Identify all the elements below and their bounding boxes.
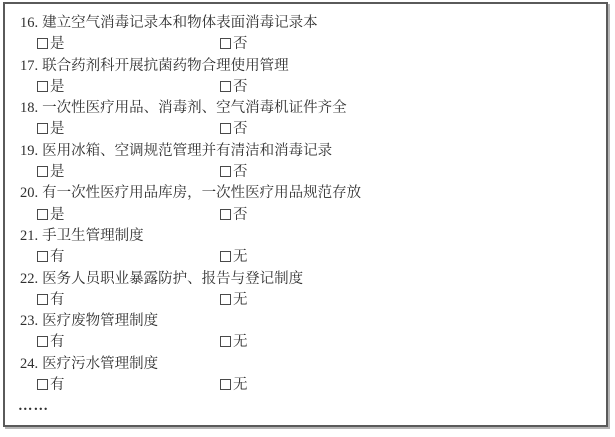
option-label: 有 [50,377,65,393]
item-title: 有一次性医疗用品库房，一次性医疗用品规范存放 [42,185,361,201]
checkbox-icon[interactable] [37,251,48,262]
item-number: 24. [20,354,38,375]
checkbox-icon[interactable] [37,81,48,92]
option-label: 有 [50,334,65,350]
checklist-item: 22.医务人员职业暴露防护、报告与登记制度 有无 [20,269,600,312]
option-label: 否 [233,164,248,180]
item-number: 19. [20,141,38,162]
checkbox-option-2[interactable]: 无 [220,247,248,268]
option-label: 无 [233,334,248,350]
item-title: 医疗废物管理制度 [42,313,158,329]
item-title: 医用冰箱、空调规范管理并有清洁和消毒记录 [42,143,332,159]
option-label: 是 [50,121,65,137]
checkbox-option-2[interactable]: 无 [220,332,248,353]
checklist-item: 18.一次性医疗用品、消毒剂、空气消毒机证件齐全 是否 [20,98,600,141]
option-label: 是 [50,79,65,95]
item-title-row: 20.有一次性医疗用品库房，一次性医疗用品规范存放 [20,183,600,204]
checkbox-option-1[interactable]: 有 [37,290,220,311]
item-options-row: 有无 [20,290,600,311]
option-label: 否 [233,207,248,223]
checkbox-icon[interactable] [37,294,48,305]
item-number: 22. [20,269,38,290]
checkbox-option-1[interactable]: 有 [37,247,220,268]
item-options-row: 有无 [20,332,600,353]
checkbox-option-1[interactable]: 是 [37,77,220,98]
checklist-item: 16.建立空气消毒记录本和物体表面消毒记录本 是否 [20,13,600,56]
item-number: 18. [20,98,38,119]
checkbox-icon[interactable] [37,38,48,49]
checklist-item: 20.有一次性医疗用品库房，一次性医疗用品规范存放 是否 [20,183,600,226]
option-label: 否 [233,79,248,95]
item-options-row: 是否 [20,119,600,140]
checklist-sheet: 16.建立空气消毒记录本和物体表面消毒记录本 是否 17.联合药剂科开展抗菌药物… [3,2,608,427]
checkbox-icon[interactable] [220,294,231,305]
checkbox-icon[interactable] [37,209,48,220]
item-options-row: 是否 [20,162,600,183]
checkbox-option-2[interactable]: 否 [220,77,248,98]
checkbox-icon[interactable] [220,81,231,92]
option-label: 无 [233,249,248,265]
item-title: 联合药剂科开展抗菌药物合理使用管理 [42,58,289,74]
item-title: 手卫生管理制度 [42,228,144,244]
checkbox-option-1[interactable]: 有 [37,375,220,396]
checkbox-option-1[interactable]: 有 [37,332,220,353]
item-number: 21. [20,226,38,247]
checkbox-option-1[interactable]: 是 [37,162,220,183]
item-options-row: 有无 [20,375,600,396]
checkbox-icon[interactable] [220,209,231,220]
option-label: 是 [50,36,65,52]
checklist-item: 19.医用冰箱、空调规范管理并有清洁和消毒记录 是否 [20,141,600,184]
item-options-row: 是否 [20,34,600,55]
item-number: 20. [20,183,38,204]
item-options-row: 是否 [20,205,600,226]
item-title-row: 17.联合药剂科开展抗菌药物合理使用管理 [20,56,600,77]
ellipsis-text: …… [18,396,600,417]
item-title: 建立空气消毒记录本和物体表面消毒记录本 [42,15,318,31]
checkbox-option-2[interactable]: 否 [220,119,248,140]
checkbox-option-2[interactable]: 无 [220,290,248,311]
checkbox-option-1[interactable]: 是 [37,119,220,140]
item-number: 23. [20,311,38,332]
checkbox-icon[interactable] [220,38,231,49]
checkbox-icon[interactable] [37,166,48,177]
checkbox-icon[interactable] [37,336,48,347]
item-title-row: 23.医疗废物管理制度 [20,311,600,332]
checklist-item: 17.联合药剂科开展抗菌药物合理使用管理 是否 [20,56,600,99]
checkbox-option-1[interactable]: 是 [37,34,220,55]
item-title-row: 19.医用冰箱、空调规范管理并有清洁和消毒记录 [20,141,600,162]
checkbox-option-2[interactable]: 否 [220,34,248,55]
item-number: 17. [20,56,38,77]
checkbox-icon[interactable] [220,251,231,262]
checklist-item: 23.医疗废物管理制度 有无 [20,311,600,354]
option-label: 否 [233,36,248,52]
item-options-row: 是否 [20,77,600,98]
option-label: 是 [50,164,65,180]
checklist-item: 21.手卫生管理制度 有无 [20,226,600,269]
item-title-row: 22.医务人员职业暴露防护、报告与登记制度 [20,269,600,290]
checkbox-option-1[interactable]: 是 [37,205,220,226]
item-title-row: 18.一次性医疗用品、消毒剂、空气消毒机证件齐全 [20,98,600,119]
item-title-row: 21.手卫生管理制度 [20,226,600,247]
option-label: 无 [233,292,248,308]
item-options-row: 有无 [20,247,600,268]
checkbox-icon[interactable] [220,123,231,134]
item-number: 16. [20,13,38,34]
item-title: 一次性医疗用品、消毒剂、空气消毒机证件齐全 [42,100,347,116]
checkbox-icon[interactable] [37,379,48,390]
checklist-item: 24.医疗污水管理制度 有无 [20,354,600,397]
checkbox-option-2[interactable]: 否 [220,205,248,226]
item-title-row: 24.医疗污水管理制度 [20,354,600,375]
item-title: 医疗污水管理制度 [42,356,158,372]
option-label: 有 [50,292,65,308]
option-label: 否 [233,121,248,137]
option-label: 有 [50,249,65,265]
checkbox-option-2[interactable]: 否 [220,162,248,183]
checkbox-icon[interactable] [220,336,231,347]
option-label: 是 [50,207,65,223]
item-title-row: 16.建立空气消毒记录本和物体表面消毒记录本 [20,13,600,34]
item-title: 医务人员职业暴露防护、报告与登记制度 [42,271,303,287]
checkbox-icon[interactable] [220,166,231,177]
option-label: 无 [233,377,248,393]
checkbox-icon[interactable] [37,123,48,134]
checkbox-option-2[interactable]: 无 [220,375,248,396]
checkbox-icon[interactable] [220,379,231,390]
